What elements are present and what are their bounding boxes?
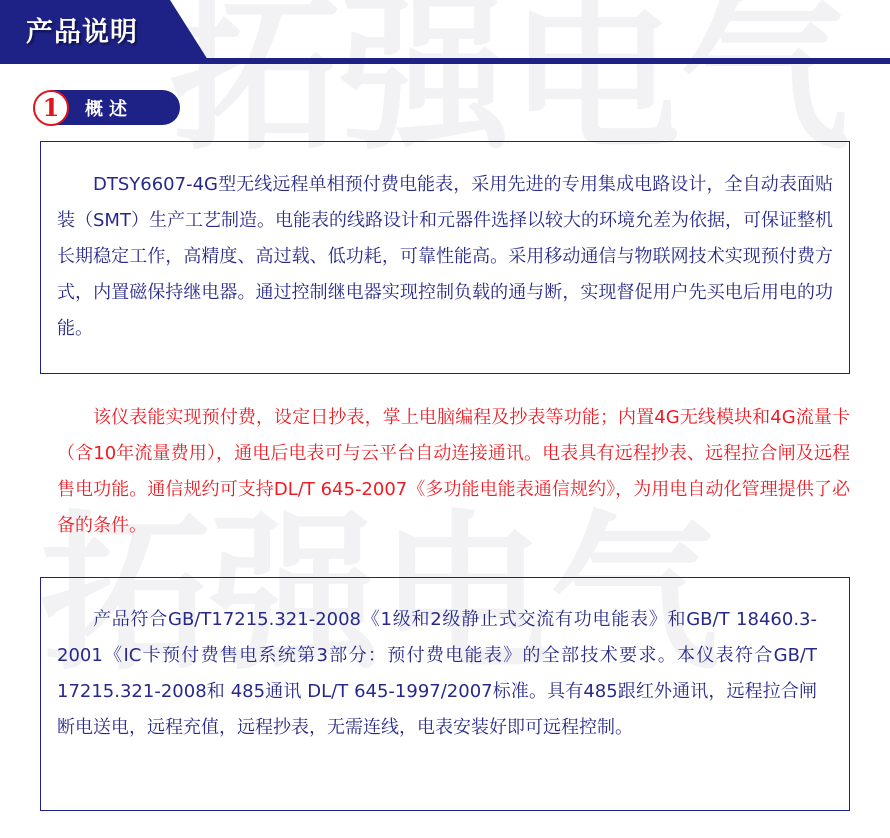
features-paragraph: 该仪表能实现预付费，设定日抄表，掌上电脑编程及抄表等功能；内置4G无线模块和4G… [57, 400, 850, 544]
page-header: 产品说明 [0, 0, 890, 64]
section-heading: 1 概述 [32, 89, 180, 126]
page-title: 产品说明 [26, 10, 138, 49]
section-title: 概述 [85, 95, 133, 121]
section-number-icon: 1 [33, 90, 69, 126]
standards-paragraph: 产品符合GB/T17215.321-2008《1级和2级静止式交流有功电能表》和… [57, 602, 817, 746]
overview-paragraph: DTSY6607-4G型无线远程单相预付费电能表，采用先进的专用集成电路设计，全… [57, 167, 833, 347]
